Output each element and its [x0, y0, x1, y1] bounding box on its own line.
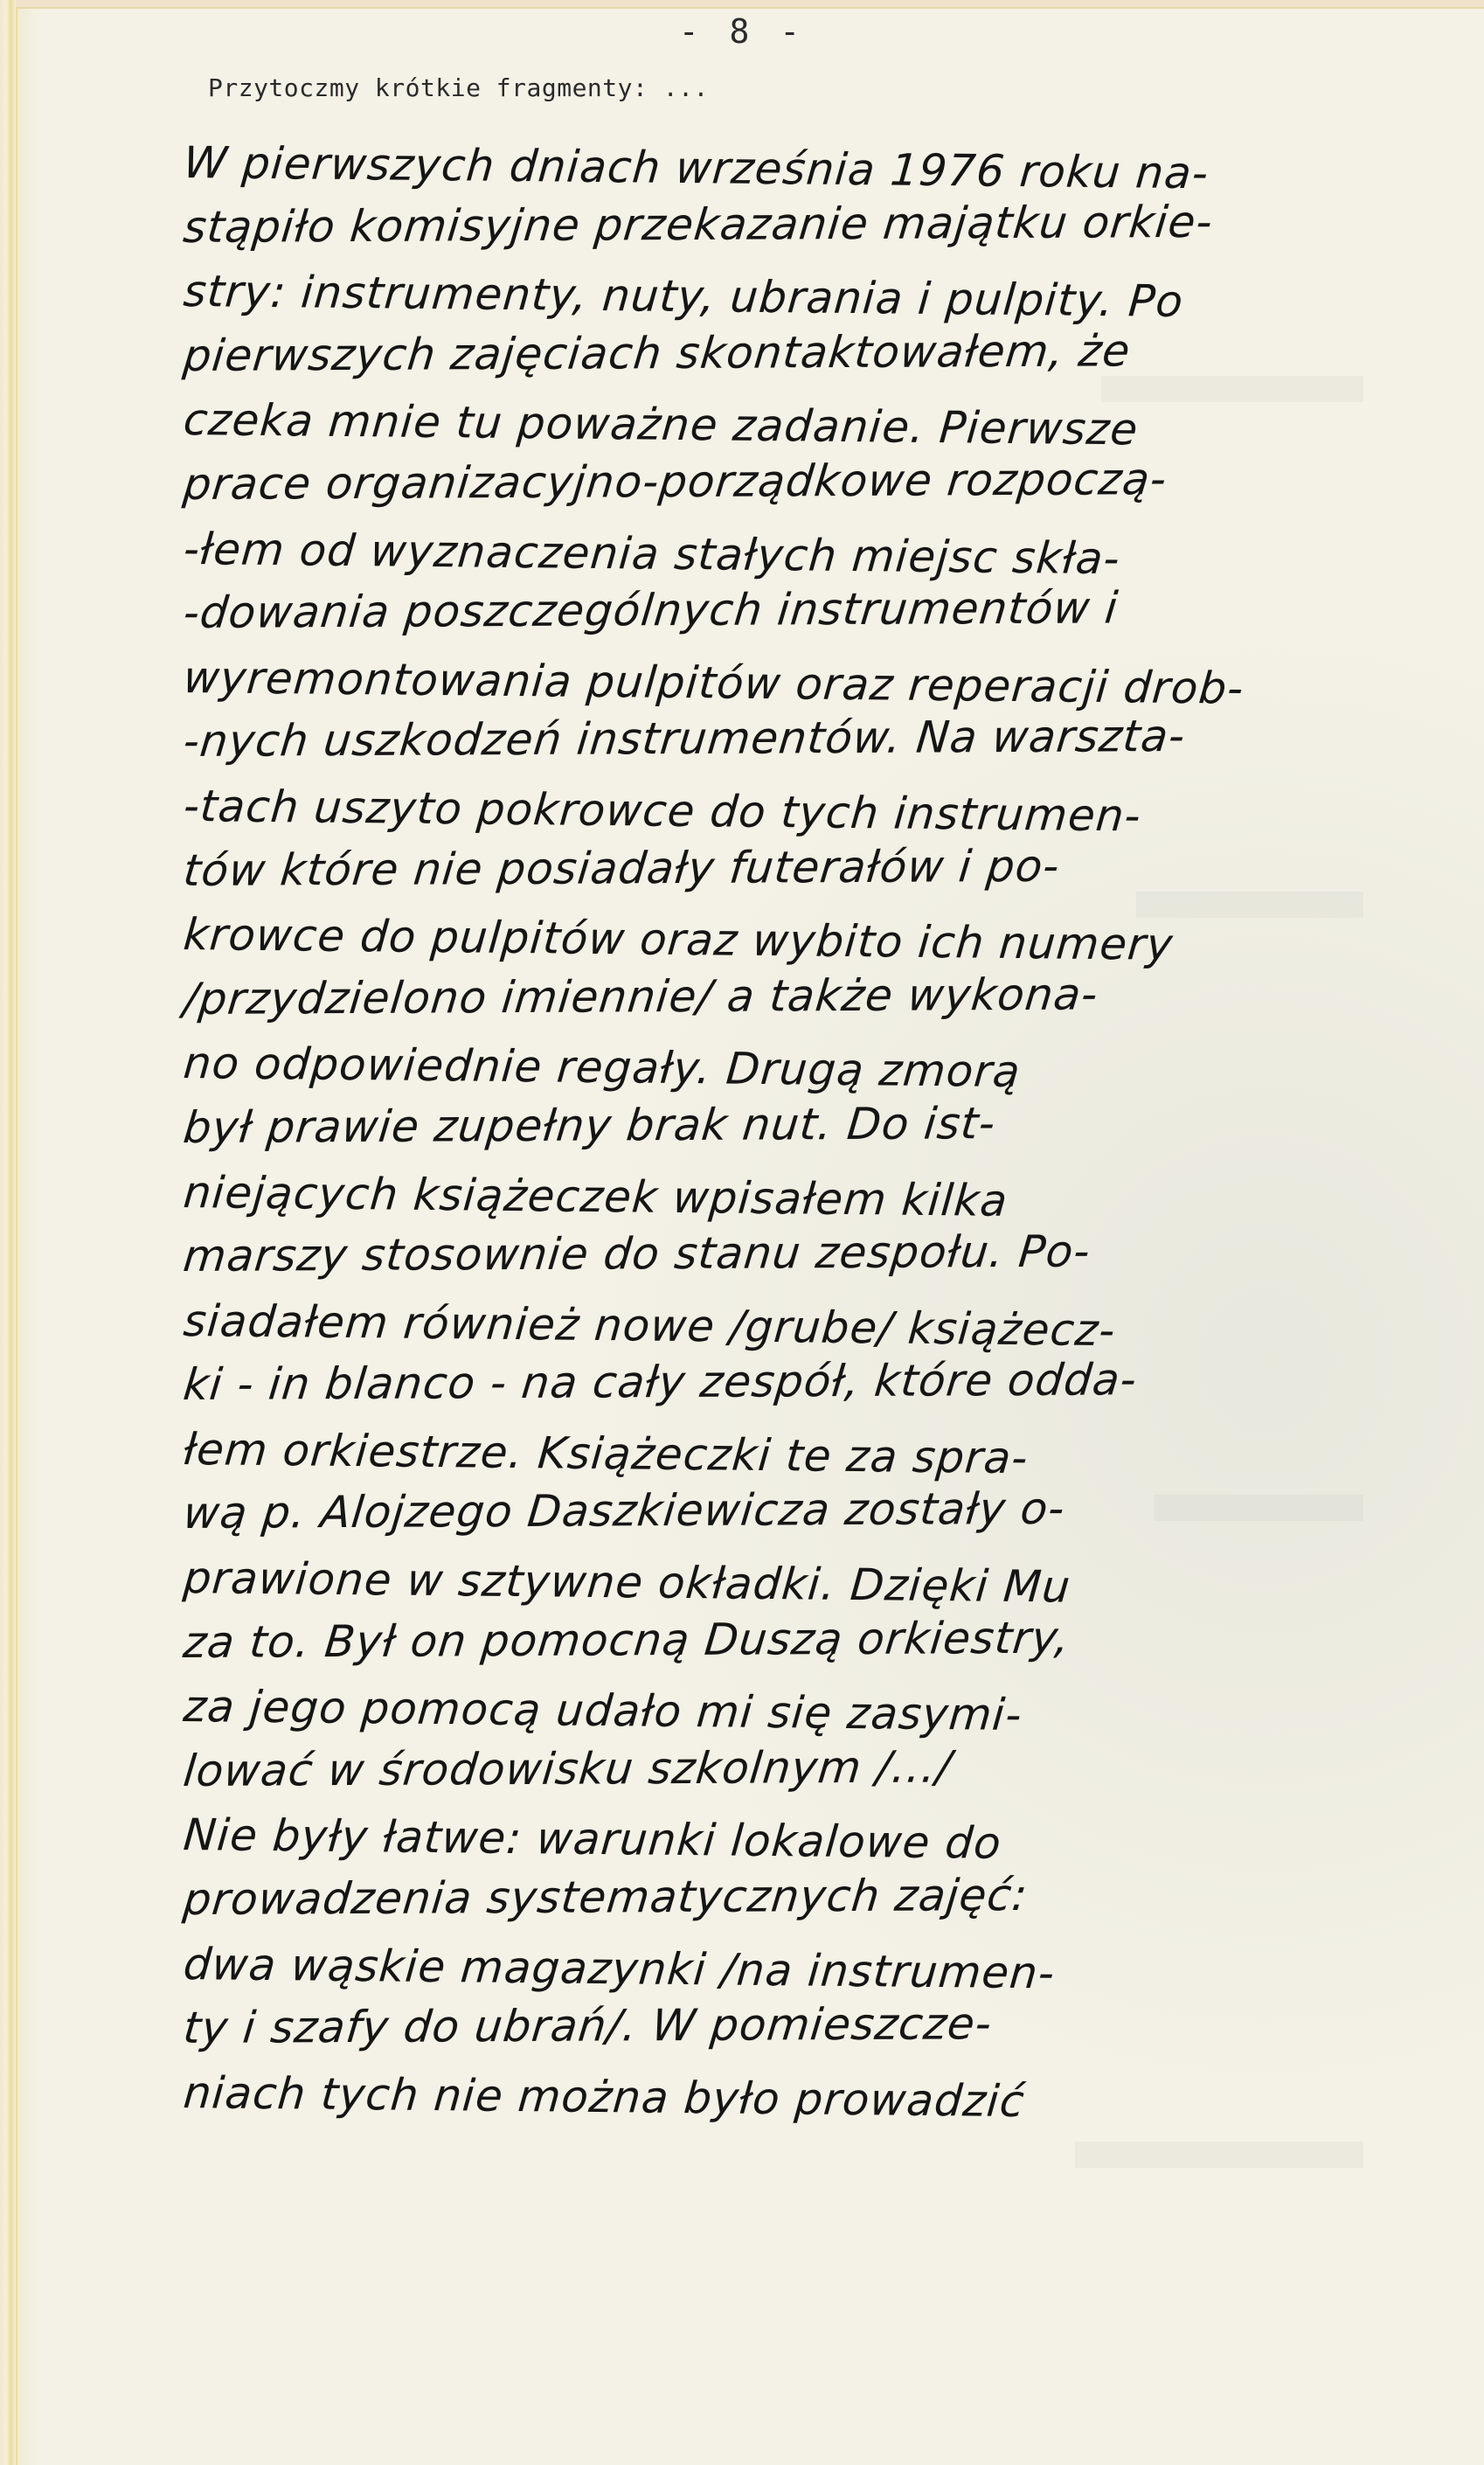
handwritten-line: ki - in blanco - na cały zespół, które o…	[180, 1347, 1349, 1418]
handwritten-line: pierwszych zajęciach skontaktowałem, że	[180, 318, 1349, 389]
handwritten-line: ty i szafy do ubrań/. W pomieszcze-	[180, 1990, 1349, 2061]
handwritten-line: stąpiło komisyjne przekazanie majątku or…	[180, 190, 1349, 260]
handwritten-line: lować w środowisku szkolnym /.../	[180, 1733, 1349, 1804]
handwritten-line: prowadzenia systematycznych zajęć:	[180, 1862, 1349, 1933]
handwritten-text-block: W pierwszych dniach września 1976 roku n…	[184, 131, 1346, 2125]
handwritten-line: -nych uszkodzeń instrumentów. Na warszta…	[180, 704, 1349, 774]
handwritten-line: niach tych nie można było prowadzić	[181, 2061, 1349, 2137]
handwritten-line: prace organizacyjno-porządkowe rozpoczą-	[180, 447, 1349, 517]
handwritten-line: tów które nie posiadały futerałów i po-	[180, 833, 1349, 904]
handwritten-line: wą p. Alojzego Daszkiewicza zostały o-	[180, 1476, 1349, 1546]
handwritten-line: za to. Był on pomocną Duszą orkiestry,	[180, 1605, 1349, 1676]
page-number: - 8 -	[0, 12, 1484, 51]
handwritten-line: /przydzielono imiennie/ a także wykona-	[180, 962, 1349, 1032]
bleed-through-mark	[1075, 2142, 1363, 2168]
typed-intro-line: Przytoczmy krótkie fragmenty: ...	[208, 73, 709, 102]
handwritten-line: -dowania poszczególnych instrumentów i	[180, 575, 1349, 646]
binding-edge	[0, 0, 16, 2465]
handwritten-line: był prawie zupełny brak nut. Do ist-	[180, 1090, 1349, 1161]
handwritten-line: marszy stosownie do stanu zespołu. Po-	[180, 1219, 1349, 1289]
